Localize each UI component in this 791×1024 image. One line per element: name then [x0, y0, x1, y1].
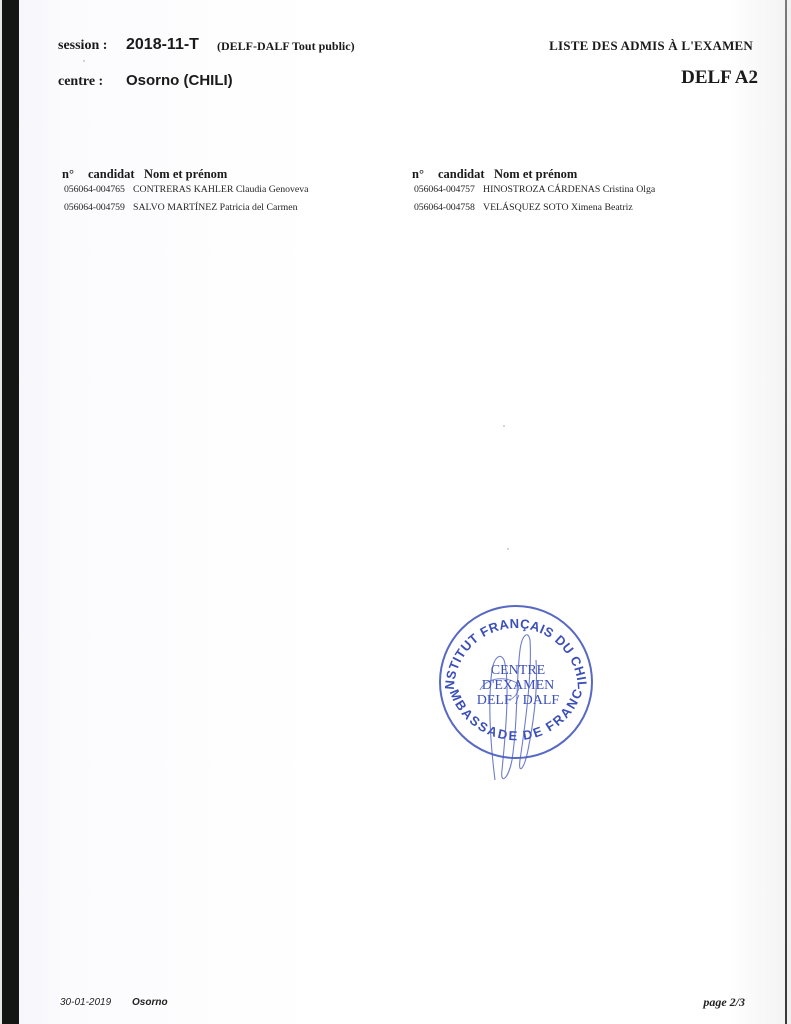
scan-border-left — [2, 0, 19, 1024]
candidate-id: 056064-004765 — [64, 183, 133, 197]
candidate-name: SALVO MARTÍNEZ Patricia del Carmen — [133, 202, 297, 213]
signature-icon — [460, 620, 570, 790]
exam-level: DELF A2 — [681, 67, 758, 89]
candidate-name: CONTRERAS KAHLER Claudia Genoveva — [133, 184, 309, 195]
footer-date: 30-01-2019 — [60, 997, 111, 1008]
header-number: n° — [412, 167, 438, 182]
header-candidate: candidat — [88, 167, 144, 182]
candidate-row: 056064-004759SALVO MARTÍNEZ Patricia del… — [62, 201, 382, 219]
candidate-list-right: n°candidatNom et prénom 056064-004757HIN… — [412, 167, 732, 219]
scanned-page — [0, 0, 791, 1024]
candidate-name: HINOSTROZA CÁRDENAS Cristina Olga — [483, 184, 655, 195]
candidate-row: 056064-004757HINOSTROZA CÁRDENAS Cristin… — [412, 183, 732, 201]
centre-label: centre : — [58, 74, 103, 90]
footer-place: Osorno — [132, 997, 168, 1008]
candidate-id: 056064-004758 — [414, 201, 483, 215]
candidate-name: VELÁSQUEZ SOTO Ximena Beatriz — [483, 202, 633, 213]
page-number: page 2/3 — [703, 995, 745, 1010]
scan-speck — [83, 60, 85, 62]
scan-border-right-edge — [787, 0, 791, 1024]
candidate-id: 056064-004759 — [64, 201, 133, 215]
candidate-row: 056064-004758VELÁSQUEZ SOTO Ximena Beatr… — [412, 201, 732, 219]
scan-speck — [507, 548, 509, 550]
scan-speck — [503, 425, 505, 427]
candidate-row: 056064-004765CONTRERAS KAHLER Claudia Ge… — [62, 183, 382, 201]
column-header: n°candidatNom et prénom — [412, 167, 732, 183]
centre-value: Osorno (CHILI) — [126, 72, 233, 89]
column-header: n°candidatNom et prénom — [62, 167, 382, 183]
list-title: LISTE DES ADMIS À L'EXAMEN — [549, 38, 753, 54]
session-type: (DELF-DALF Tout public) — [217, 39, 355, 54]
candidate-id: 056064-004757 — [414, 183, 483, 197]
header-name: Nom et prénom — [494, 167, 577, 182]
session-value: 2018-11-T — [126, 36, 199, 54]
header-name: Nom et prénom — [144, 167, 227, 182]
header-number: n° — [62, 167, 88, 182]
session-label: session : — [58, 38, 107, 54]
candidate-list-left: n°candidatNom et prénom 056064-004765CON… — [62, 167, 382, 219]
header-candidate: candidat — [438, 167, 494, 182]
